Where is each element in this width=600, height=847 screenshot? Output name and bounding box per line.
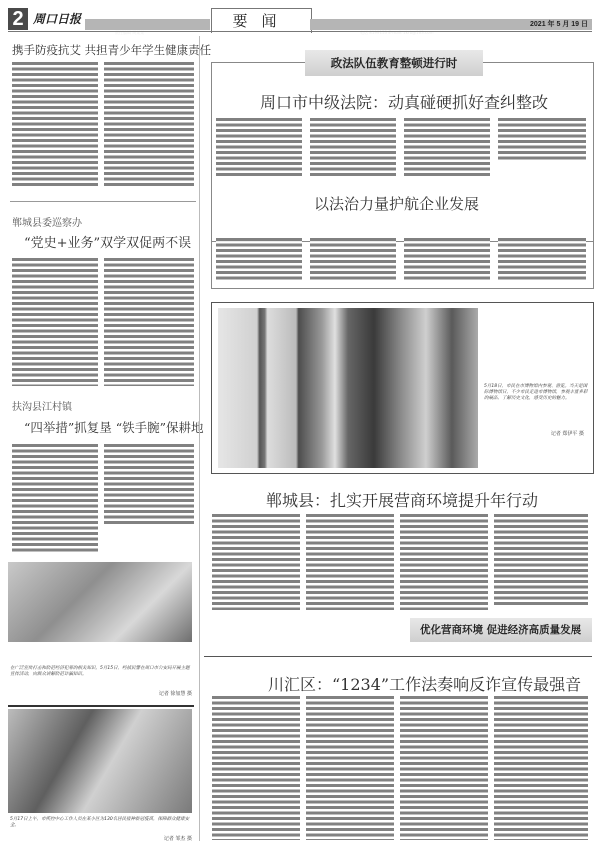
section-title: 要闻 — [211, 8, 312, 33]
column-divider — [199, 36, 200, 841]
article-body-business-col1 — [212, 514, 300, 610]
caption-photo-1: 在广泛宣传打击和防范经济犯罪的相关知识，5月15日，经侦民警在周口市公安局开展主… — [10, 666, 192, 678]
headline-aids: 携手防疫抗艾 共担青少年学生健康责任 — [12, 42, 211, 58]
photo-museum-visitors — [218, 308, 478, 468]
header-bar-left: 责任编辑 周某某 — [85, 19, 210, 30]
divider — [8, 705, 194, 707]
masthead-rule — [8, 31, 592, 32]
headline-chuanhui-law: 以法治力量护航企业发展 — [314, 193, 479, 214]
credit-photo-2: 记者 邹杰 摄 — [10, 835, 192, 842]
caption-photo-2: 5月17日上午，市疾控中心工作人员在某小区为130名居民接种新冠疫苗，保障群众健… — [10, 817, 192, 829]
banner-education-rectification: 政法队伍教育整顿进行时 — [305, 50, 483, 76]
banner-business-environment: 优化营商环境 促进经济高质量发展 — [410, 618, 592, 642]
law-box — [211, 232, 594, 289]
kicker-dancheng: 郸城县委巡察办 — [12, 214, 82, 229]
paper-name-logo: 周口日报 — [33, 10, 81, 27]
article-body-fugou-col1 — [12, 444, 98, 552]
article-body-court-col3 — [404, 118, 490, 176]
article-body-court-col4 — [498, 118, 586, 162]
article-body-aids-col1 — [12, 62, 98, 188]
photo-vaccination — [8, 709, 192, 813]
photo-anti-fraud-booth — [8, 562, 192, 642]
article-body-business-col3 — [400, 514, 488, 610]
article-body-business-col2 — [306, 514, 394, 610]
article-body-dancheng-col1 — [12, 258, 98, 386]
divider — [10, 201, 196, 202]
article-body-fraud-col3 — [400, 696, 488, 840]
article-body-fraud-col2 — [306, 696, 394, 840]
page-number: 2 — [8, 8, 28, 30]
article-body-fraud-col4 — [494, 696, 588, 840]
article-body-fugou-col2 — [104, 444, 194, 524]
issue-date: 2021 年 5 月 19 日 — [530, 19, 588, 30]
headline-fugou: “四举措”抓复垦 “铁手腕”保耕地 — [24, 418, 204, 436]
article-body-fraud-col1 — [212, 696, 300, 840]
headline-court: 周口市中级法院：动真碰硬抓好查纠整改 — [260, 90, 548, 113]
headline-dancheng: “党史+业务”双学双促两不误 — [24, 232, 191, 251]
credit-photo-1: 记者 徐加慧 摄 — [10, 690, 192, 697]
article-body-court-col2 — [310, 118, 396, 176]
credit-museum: 记者 郑伊平 摄 — [484, 430, 584, 437]
article-body-aids-col2 — [104, 62, 194, 188]
article-body-court-col1 — [216, 118, 302, 176]
caption-museum: 5月18日，市民在市博物馆内参观、游览。当天是国际博物馆日，不少市民走进市博物馆… — [484, 384, 588, 402]
article-body-dancheng-col2 — [104, 258, 194, 386]
headline-dancheng-business: 郸城县：扎实开展营商环境提升年行动 — [266, 488, 538, 511]
article-body-business-col4 — [494, 514, 588, 606]
divider — [204, 656, 592, 657]
kicker-fugou: 扶沟县江村镇 — [12, 398, 72, 413]
headline-chuanhui-fraud: 川汇区：“1234”工作法奏响反诈宣传最强音 — [268, 672, 581, 695]
